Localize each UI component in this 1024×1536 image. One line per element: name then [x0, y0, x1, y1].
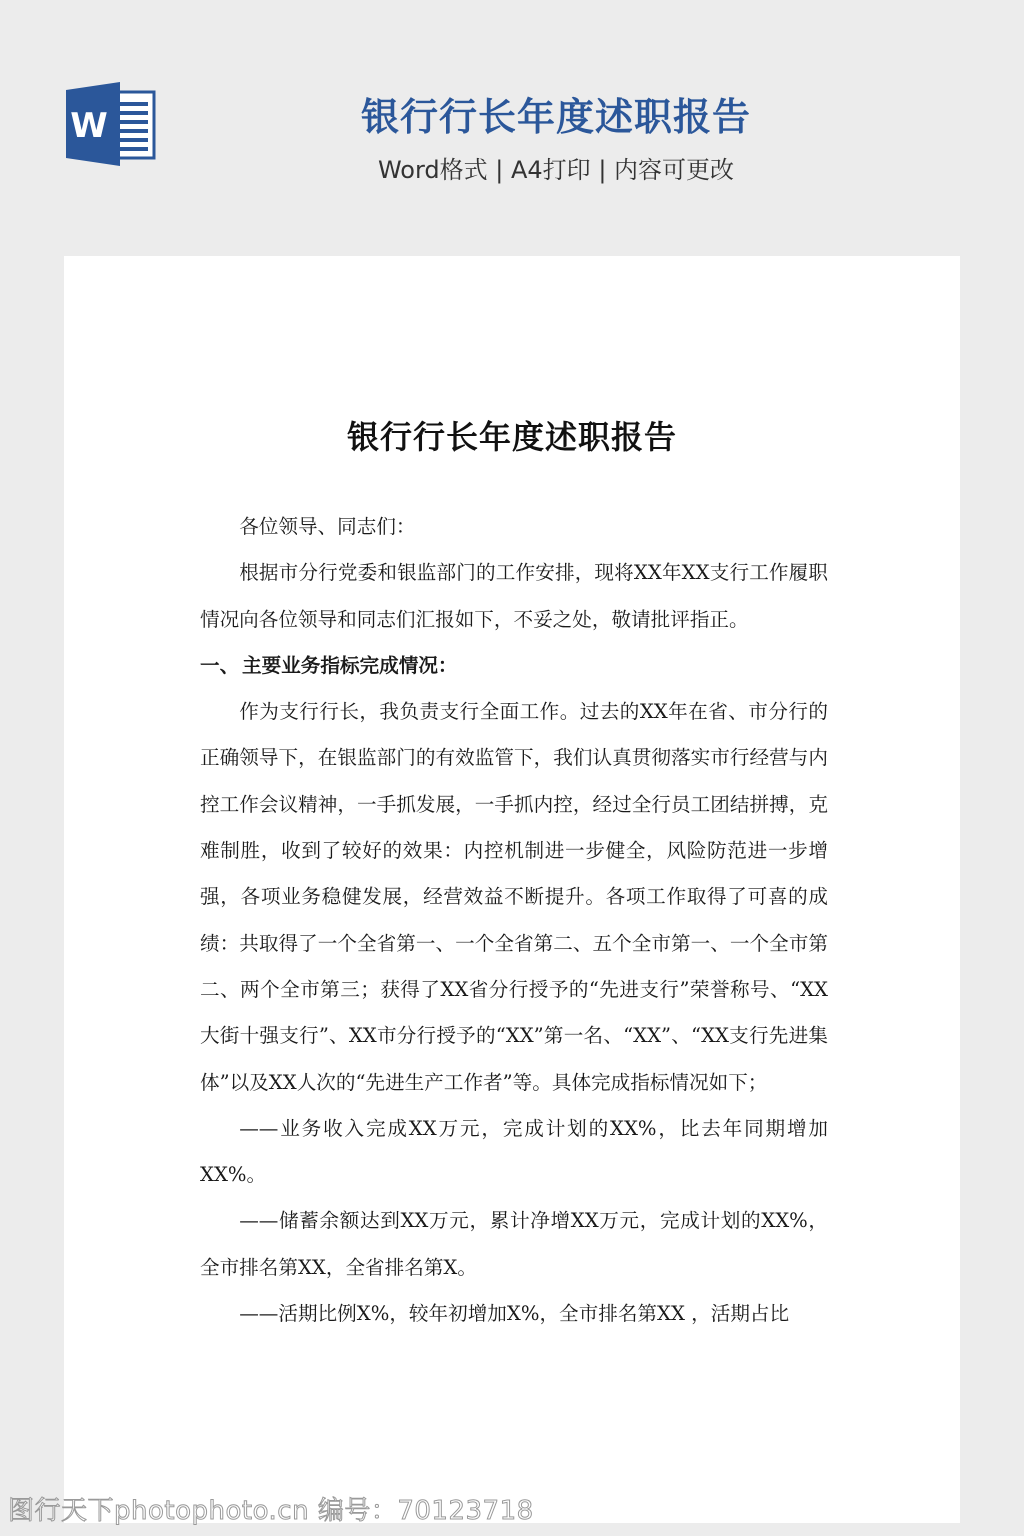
document-page: 银行行长年度述职报告 各位领导、同志们： 根据市分行党委和银监部门的工作安排，现…: [64, 256, 960, 1523]
banner-title: 银行行长年度述职报告: [300, 92, 812, 142]
word-doc-icon: W: [64, 82, 156, 166]
section-heading-text: 主要业务指标完成情况：: [242, 654, 458, 677]
banner-subtitle: Word格式 | A4打印 | 内容可更改: [300, 152, 812, 188]
document-body: 各位领导、同志们： 根据市分行党委和银监部门的工作安排，现将XX年XX支行工作履…: [200, 504, 828, 1337]
list-item: ——储蓄余额达到XX万元，累计净增XX万元，完成计划的XX%，全市排名第XX，全…: [200, 1198, 828, 1291]
body-paragraph: 作为支行行长，我负责支行全面工作。过去的XX年在省、市分行的正确领导下，在银监部…: [200, 689, 828, 1106]
intro-paragraph: 根据市分行党委和银监部门的工作安排，现将XX年XX支行工作履职情况向各位领导和同…: [200, 550, 828, 643]
document-title: 银行行长年度述职报告: [64, 412, 960, 458]
svg-text:W: W: [70, 106, 108, 146]
watermark: 图行天下photophoto.cn 编号：70123718: [8, 1490, 534, 1527]
header-banner: W 银行行长年度述职报告 Word格式 | A4打印 | 内容可更改: [0, 0, 1024, 256]
list-item: ——业务收入完成XX万元，完成计划的XX%，比去年同期增加XX%。: [200, 1106, 828, 1199]
salutation: 各位领导、同志们：: [200, 504, 828, 550]
list-item: ——活期比例X%，较年初增加X%，全市排名第XX ，活期占比: [200, 1291, 828, 1337]
section-heading: 一、主要业务指标完成情况：: [200, 643, 828, 689]
section-number: 一、: [200, 643, 242, 689]
